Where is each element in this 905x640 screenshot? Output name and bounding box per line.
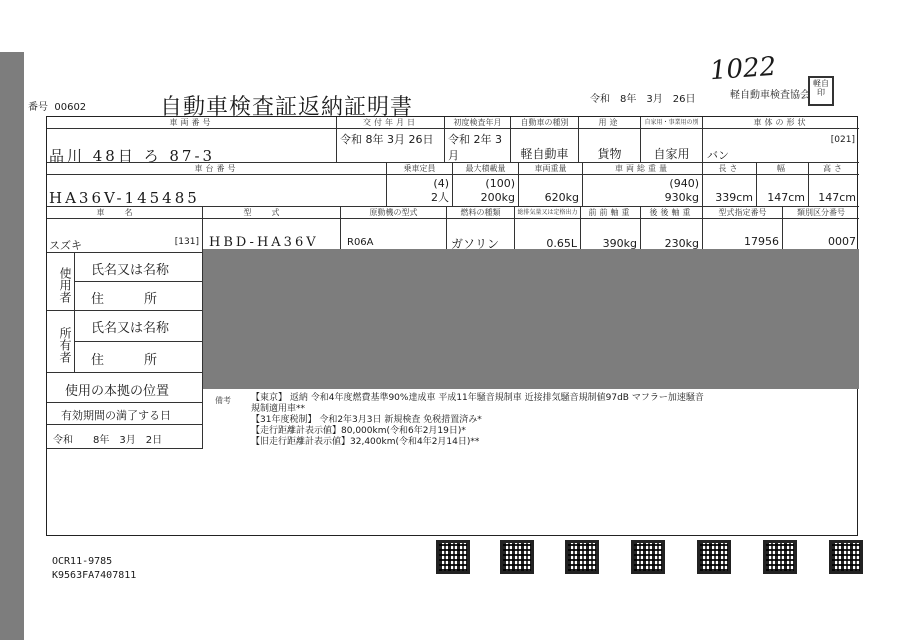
expiry-label: 有効期間の満了する日 [47, 403, 203, 425]
model-value: HBD-HA36V [203, 219, 341, 253]
issue-date-header: 交付年月日 [337, 117, 445, 129]
rear-axle-value: 230kg [641, 219, 703, 253]
first-reg-value: 令和 2年 3月 [445, 129, 511, 163]
body-header: 車体の形状 [703, 117, 859, 129]
chassis-header: 車台番号 [47, 163, 387, 175]
issuer: 軽自動車検査協会 [730, 86, 810, 101]
user-name-label: 氏名又は名称 [75, 253, 203, 282]
displacement-value: 0.65L [515, 219, 581, 253]
type-header: 自動車の種別 [511, 117, 579, 129]
owner-name-label: 氏名又は名称 [75, 311, 203, 342]
height-value: 147cm [809, 175, 859, 207]
expiry-value: 令和 8年 3月 2日 [47, 425, 203, 449]
category-value: 0007 [783, 219, 859, 253]
reg-number-header: 車両番号 [47, 117, 337, 129]
ocr-code: OCR11-9785 [52, 555, 136, 569]
qr-code-icon [500, 540, 534, 574]
fuel-value: ガソリン [447, 219, 515, 253]
maker-header: 車名 [47, 207, 203, 219]
issue-date: 令和 8年 3月 26日 [590, 90, 695, 105]
official-seal-icon: 軽自印 [808, 76, 834, 106]
owner-group-label: 所有者 [47, 311, 75, 373]
serial-number: 番号 00602 [28, 98, 86, 113]
gross-header: 車両総重量 [583, 163, 703, 175]
width-header: 幅 [757, 163, 809, 175]
qr-code-icon [631, 540, 665, 574]
fuel-header: 燃料の種類 [447, 207, 515, 219]
remarks-label: 備考 [215, 395, 231, 406]
issue-date-value: 令和 8年 3月 26日 [337, 129, 445, 163]
qr-code-icon [763, 540, 797, 574]
category-header: 類別区分番号 [783, 207, 859, 219]
qr-code-icon [565, 540, 599, 574]
type-approval-value: 17956 [703, 219, 783, 253]
length-value: 339cm [703, 175, 757, 207]
maker-value: スズキ [131] [47, 219, 203, 253]
qr-code-icon [697, 540, 731, 574]
certificate-table: 車両番号 交付年月日 初度検査年月 自動車の種別 用途 自家用・事業用の別 車体… [46, 116, 858, 536]
doc-code: K9563FA7407811 [52, 569, 136, 583]
reg-number: 品川 48日 ろ 87-3 [47, 129, 337, 163]
weight-header: 車両重量 [519, 163, 583, 175]
type-approval-header: 型式指定番号 [703, 207, 783, 219]
remarks-text: 【東京】 返納 令和4年度燃費基準90%達成車 平成11年騒音規制車 近接排気騒… [251, 393, 851, 448]
private-value: 自家用 [641, 129, 703, 163]
location-label: 使用の本拠の位置 [47, 373, 203, 403]
qr-code-icon [436, 540, 470, 574]
displacement-header: 総排気量又は定格出力 [515, 207, 581, 219]
owner-address-label: 住所 [75, 342, 203, 373]
capacity-value: (4)2人 [387, 175, 453, 207]
footer-codes: OCR11-9785 K9563FA7407811 [52, 555, 136, 583]
front-axle-header: 前前軸重 [581, 207, 641, 219]
first-reg-header: 初度検査年月 [445, 117, 511, 129]
engine-value: R06A [341, 219, 447, 253]
weight-value: 620kg [519, 175, 583, 207]
gross-value: (940)930kg [583, 175, 703, 207]
use-header: 用途 [579, 117, 641, 129]
redacted-personal-info [203, 249, 859, 389]
capacity-header: 乗車定員 [387, 163, 453, 175]
chassis-number: HA36V-145485 [47, 175, 387, 207]
engine-header: 原動機の型式 [341, 207, 447, 219]
use-value: 貨物 [579, 129, 641, 163]
height-header: 高さ [809, 163, 859, 175]
front-axle-value: 390kg [581, 219, 641, 253]
max-load-header: 最大積載量 [453, 163, 519, 175]
width-value: 147cm [757, 175, 809, 207]
max-load-value: (100)200kg [453, 175, 519, 207]
handwritten-note: 1022 [709, 52, 777, 87]
rear-axle-header: 後後軸重 [641, 207, 703, 219]
redaction-strip [0, 52, 24, 640]
type-value: 軽自動車 [511, 129, 579, 163]
user-group-label: 使用者 [47, 253, 75, 311]
body-value: バン [021] [703, 129, 859, 163]
private-header: 自家用・事業用の別 [641, 117, 703, 129]
length-header: 長さ [703, 163, 757, 175]
qr-code-icon [829, 540, 863, 574]
user-address-label: 住所 [75, 282, 203, 311]
model-header: 型式 [203, 207, 341, 219]
